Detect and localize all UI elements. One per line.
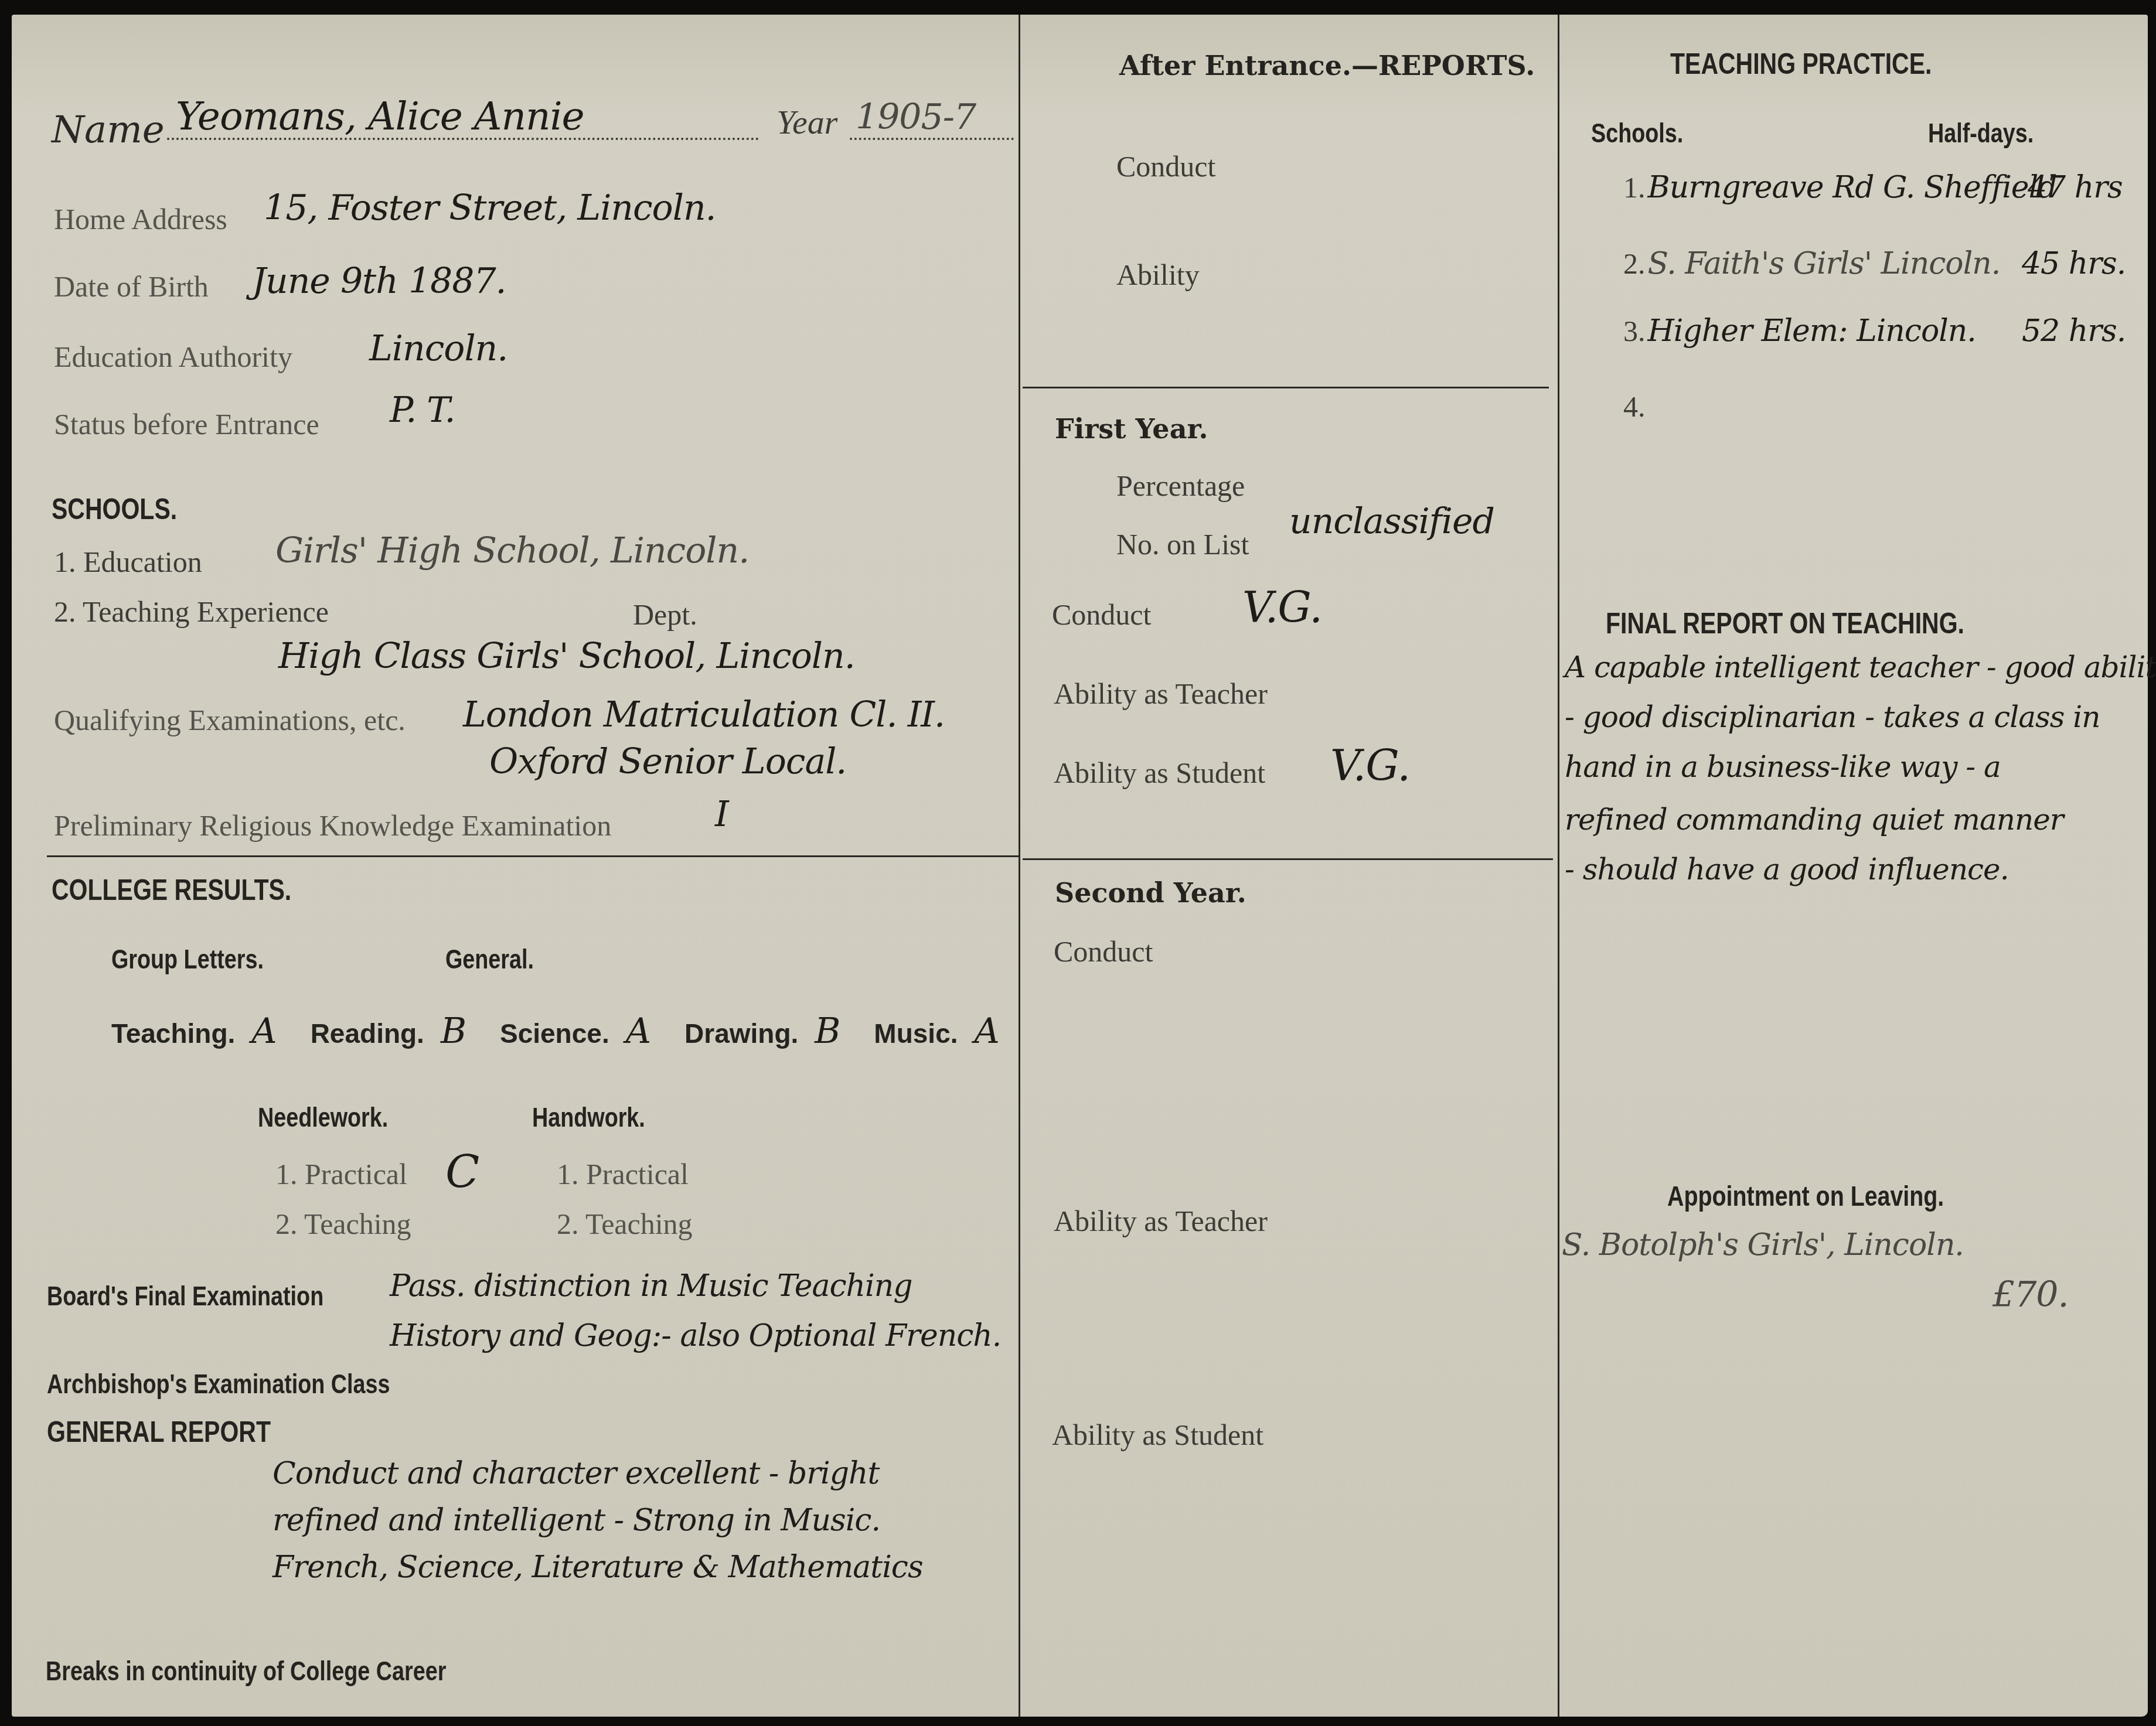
general-report-line-3: French, Science, Literature & Mathematic… — [273, 1550, 923, 1585]
tp-entry-1-hours: 47 hrs — [2028, 170, 2123, 205]
name-value: Yeomans, Alice Annie — [176, 94, 584, 139]
education-authority-value: Lincoln. — [369, 328, 508, 369]
subject-reading-grade: B — [441, 1011, 466, 1052]
reports-conduct-label: Conduct — [1116, 149, 1215, 183]
year-value: 1905-7 — [856, 97, 976, 138]
salary-value: £70. — [1992, 1274, 2069, 1315]
tp-entry-2-num: 2. — [1623, 247, 1646, 280]
subject-science-label: Science. — [500, 1018, 609, 1049]
education-authority-label: Education Authority — [54, 340, 292, 374]
board-final-value-2: History and Geog:- also Optional French. — [390, 1318, 1001, 1353]
status-label: Status before Entrance — [54, 407, 319, 441]
appointment-value: S. Botolph's Girls', Lincoln. — [1562, 1227, 1964, 1263]
qualifying-value-2: Oxford Senior Local. — [489, 741, 846, 782]
first-year-classification-value: unclassified — [1289, 501, 1494, 542]
first-year-teacher-label: Ability as Teacher — [1054, 677, 1268, 711]
second-year-heading: Second Year. — [1055, 877, 1246, 909]
schools-education-value: Girls' High School, Lincoln. — [275, 530, 749, 571]
archbishop-exam-label: Archbishop's Examination Class — [47, 1368, 390, 1400]
dob-value: June 9th 1887. — [252, 261, 506, 302]
subject-music-label: Music. — [874, 1018, 958, 1049]
qualifying-label: Qualifying Examinations, etc. — [54, 703, 406, 737]
final-report-line-3: hand in a business-like way - a — [1565, 750, 2001, 784]
college-results-heading: COLLEGE RESULTS. — [52, 873, 291, 907]
subject-drawing-grade: B — [815, 1011, 840, 1052]
qualifying-value-1: London Matriculation Cl. II. — [463, 694, 945, 735]
teaching-practice-heading: TEACHING PRACTICE. — [1670, 47, 1932, 81]
section-divider-left — [47, 855, 1019, 857]
tp-entry-3-hours: 52 hrs. — [2022, 313, 2126, 349]
tp-entry-1: 1. Burngreave Rd G. Sheffield — [1623, 170, 2057, 205]
dob-label: Date of Birth — [54, 270, 209, 303]
needlework-practical-value: C — [445, 1145, 479, 1198]
subject-music-grade: A — [975, 1011, 999, 1052]
subject-science-grade: A — [626, 1011, 650, 1052]
first-year-student-value: V.G. — [1330, 741, 1410, 790]
status-value: P. T. — [390, 390, 455, 431]
tp-entry-1-school: Burngreave Rd G. Sheffield — [1648, 170, 2057, 205]
subject-drawing-label: Drawing. — [684, 1018, 798, 1049]
home-address-label: Home Address — [54, 202, 227, 236]
appointment-heading: Appointment on Leaving. — [1667, 1181, 1944, 1213]
first-year-no-on-list-label: No. on List — [1116, 527, 1249, 561]
first-year-conduct-value: V.G. — [1242, 583, 1322, 632]
section-divider-mid-2 — [1023, 858, 1553, 860]
teaching-experience-label: 2. Teaching Experience — [54, 595, 329, 629]
tp-entry-2: 2. S. Faith's Girls' Lincoln. — [1623, 246, 2000, 281]
final-report-line-1: A capable intelligent teacher - good abi… — [1565, 650, 2156, 684]
schools-education-label: 1. Education — [54, 545, 202, 579]
handwork-teaching-label: 2. Teaching — [557, 1207, 693, 1241]
subject-teaching-label: Teaching. — [111, 1018, 235, 1049]
final-report-line-4: refined commanding quiet manner — [1565, 803, 2063, 837]
dept-label: Dept. — [633, 598, 697, 632]
breaks-label: Breaks in continuity of College Career — [46, 1655, 446, 1687]
year-dotted-line — [850, 138, 1014, 140]
final-report-heading: FINAL REPORT ON TEACHING. — [1606, 606, 1964, 640]
general-report-line-1: Conduct and character excellent - bright — [273, 1456, 879, 1491]
religious-exam-value: I — [715, 794, 728, 835]
tp-entry-3-num: 3. — [1623, 315, 1646, 347]
name-label: Name — [52, 108, 165, 152]
handwork-practical-label: 1. Practical — [557, 1157, 689, 1191]
first-year-heading: First Year. — [1055, 413, 1208, 445]
column-divider-left — [1019, 15, 1020, 1717]
general-report-line-2: refined and intelligent - Strong in Musi… — [273, 1503, 880, 1538]
group-letters-label: Group Letters. — [111, 943, 264, 975]
needlework-label: Needlework. — [258, 1101, 388, 1133]
handwork-label: Handwork. — [532, 1101, 645, 1133]
second-year-student-label: Ability as Student — [1052, 1418, 1263, 1452]
final-report-line-5: - should have a good influence. — [1565, 852, 2009, 886]
religious-exam-label: Preliminary Religious Knowledge Examinat… — [54, 809, 611, 842]
year-label: Year — [776, 103, 837, 142]
section-divider-mid-1 — [1023, 387, 1549, 388]
column-divider-right — [1558, 15, 1559, 1717]
tp-entry-3: 3. Higher Elem: Lincoln. — [1623, 313, 1976, 349]
tp-half-days-label: Half-days. — [1928, 117, 2034, 149]
board-final-value-1: Pass. distinction in Music Teaching — [390, 1268, 912, 1304]
home-address-value: 15, Foster Street, Lincoln. — [264, 187, 716, 228]
tp-entry-4-num: 4. — [1623, 390, 1646, 424]
tp-entry-2-school: S. Faith's Girls' Lincoln. — [1648, 246, 2001, 281]
general-report-label: GENERAL REPORT — [47, 1415, 271, 1449]
needlework-teaching-label: 2. Teaching — [275, 1207, 411, 1241]
needlework-practical-label: 1. Practical — [275, 1157, 407, 1191]
subject-reading-label: Reading. — [311, 1018, 424, 1049]
second-year-teacher-label: Ability as Teacher — [1054, 1204, 1268, 1238]
first-year-percentage-label: Percentage — [1116, 469, 1245, 503]
reports-ability-label: Ability — [1116, 258, 1200, 292]
first-year-conduct-label: Conduct — [1052, 598, 1151, 632]
board-final-label: Board's Final Examination — [47, 1280, 323, 1312]
student-record-card: Name Yeomans, Alice Annie Year 1905-7 Ho… — [12, 15, 2148, 1717]
subject-teaching-grade: A — [251, 1011, 276, 1052]
general-label: General. — [445, 943, 534, 975]
final-report-line-2: - good disciplinarian - takes a class in — [1565, 700, 2100, 734]
tp-schools-label: Schools. — [1591, 117, 1683, 149]
second-year-conduct-label: Conduct — [1054, 934, 1153, 968]
subject-grades-row: Teaching. A Reading. B Science. A Drawin… — [111, 1011, 999, 1052]
tp-entry-1-num: 1. — [1623, 171, 1646, 204]
tp-entry-2-hours: 45 hrs. — [2022, 246, 2126, 281]
tp-entry-3-school: Higher Elem: Lincoln. — [1648, 313, 1976, 349]
schools-heading: SCHOOLS. — [52, 492, 177, 526]
first-year-student-label: Ability as Student — [1054, 756, 1265, 790]
reports-heading: After Entrance.—REPORTS. — [1119, 50, 1535, 81]
teaching-experience-value: High Class Girls' School, Lincoln. — [278, 636, 855, 677]
